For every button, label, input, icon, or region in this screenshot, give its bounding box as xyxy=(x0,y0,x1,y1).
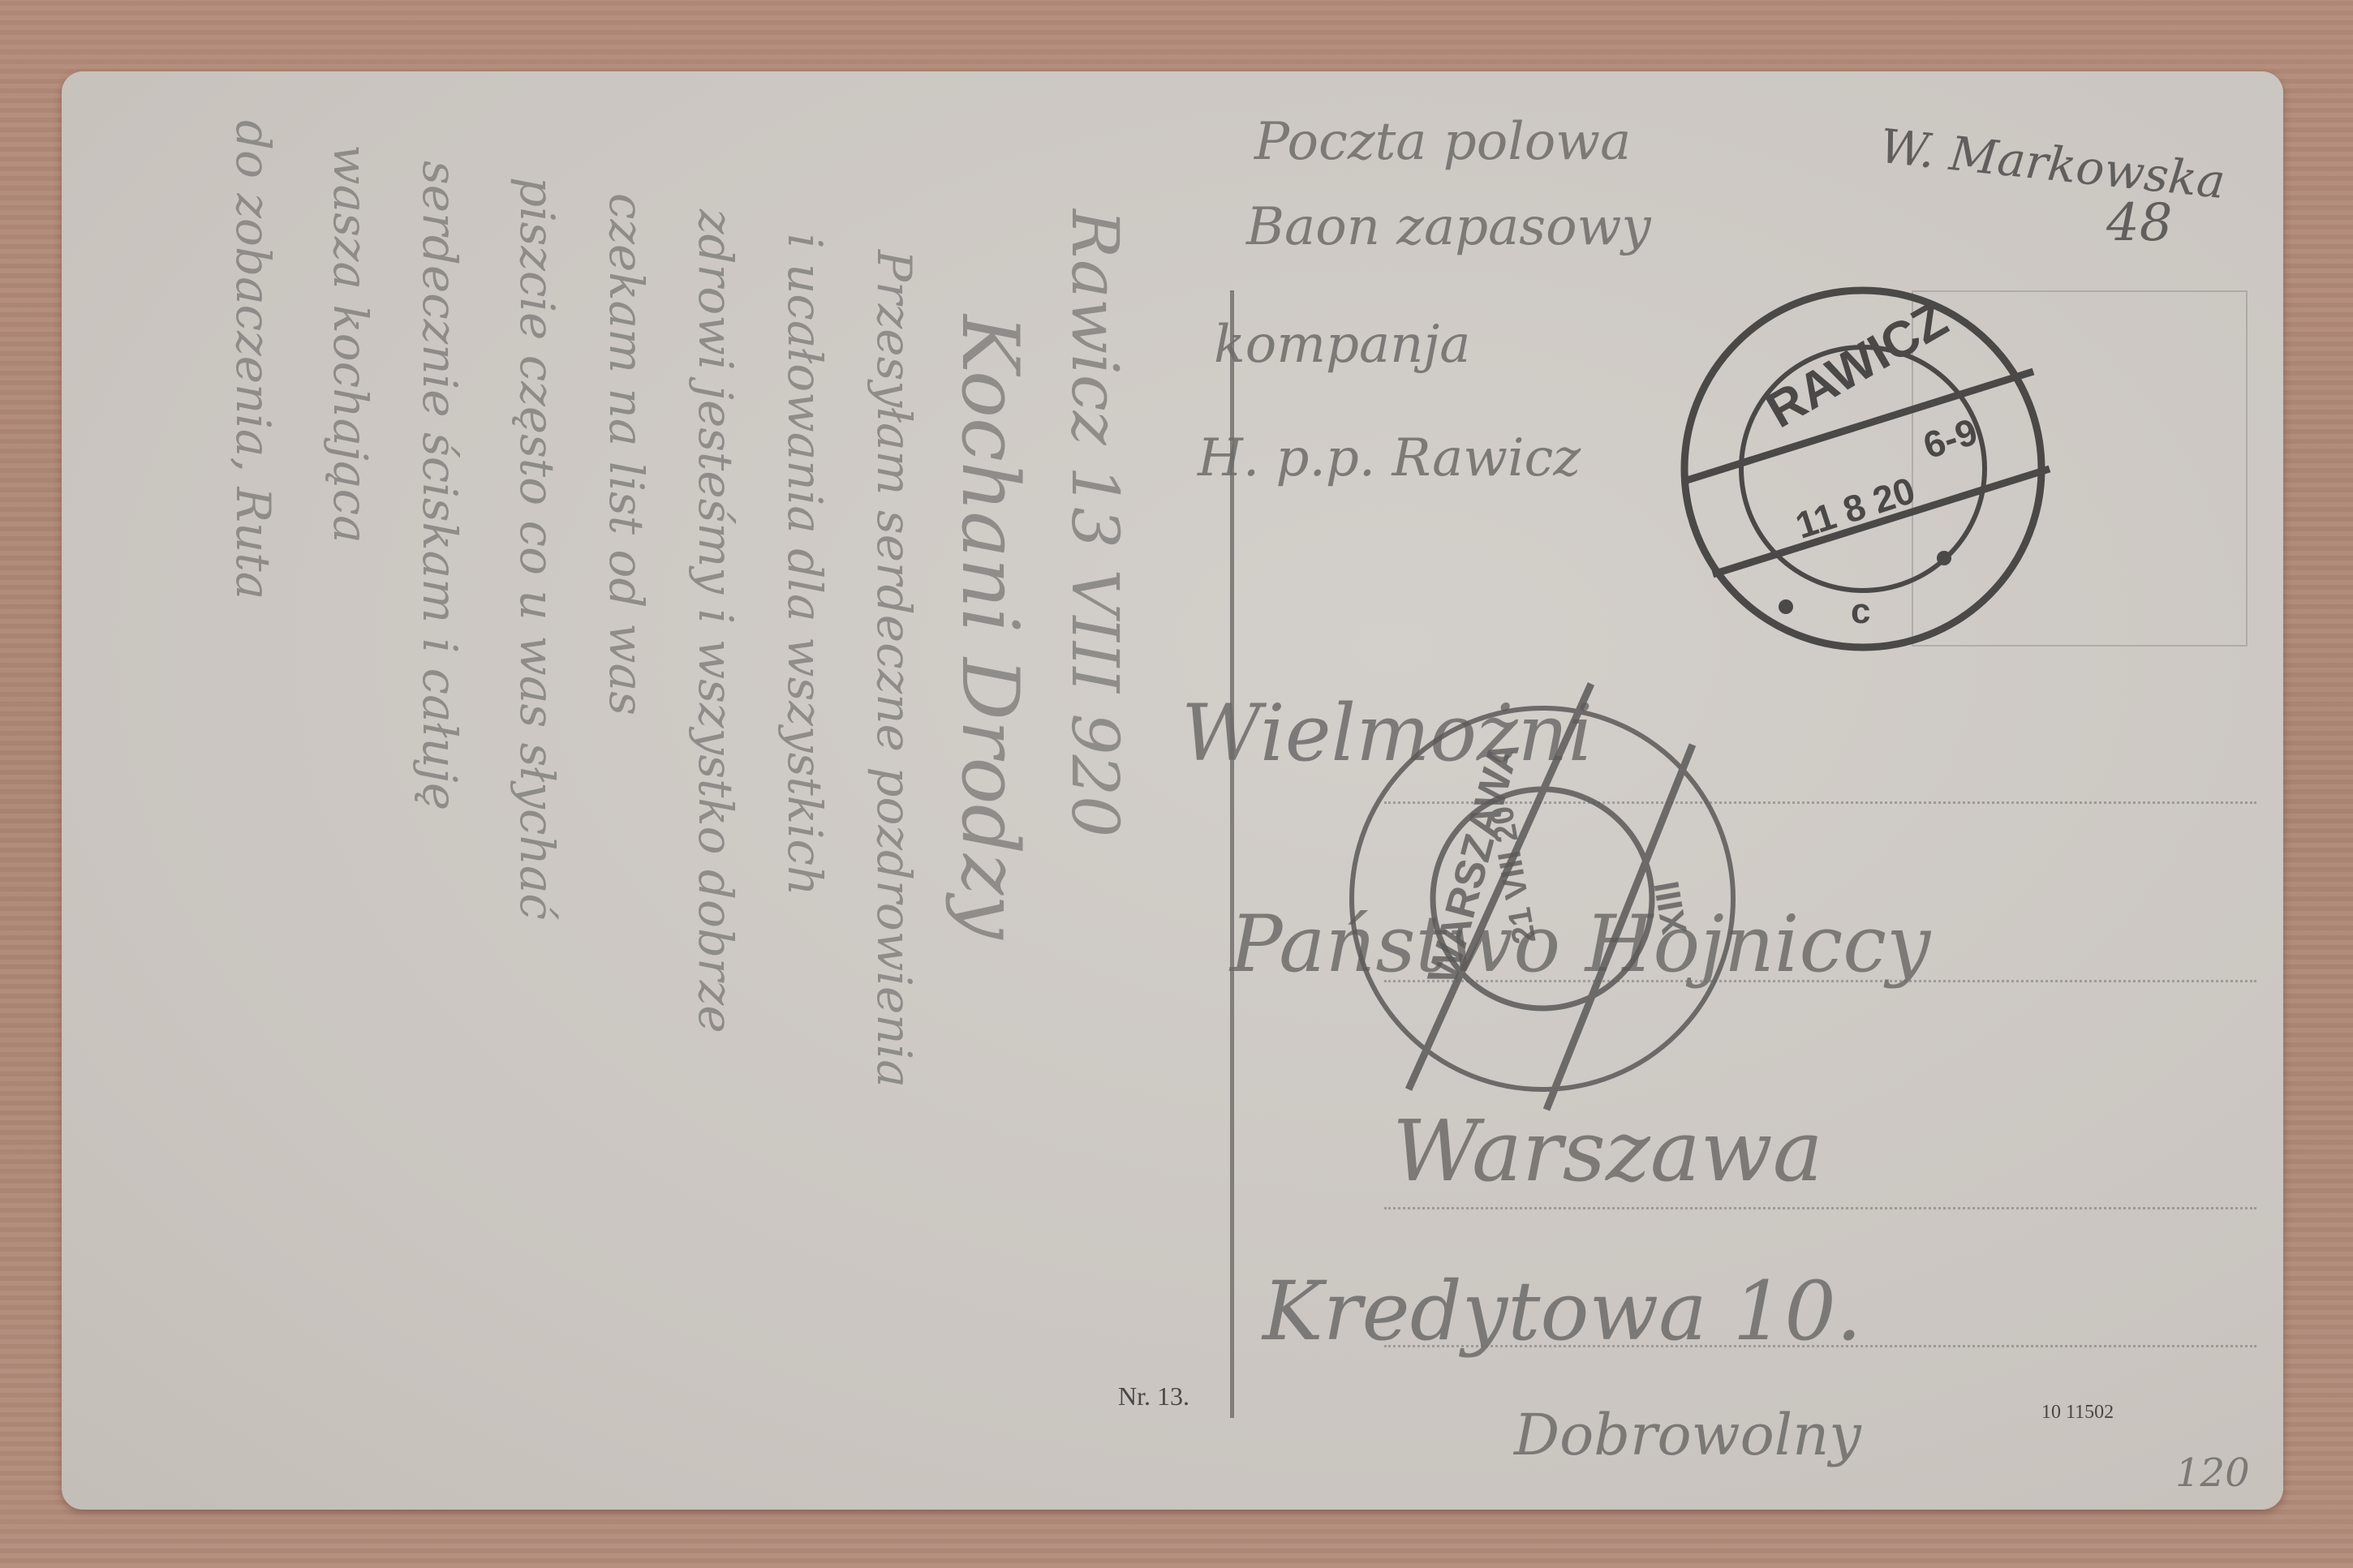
return-address-line-4: H. p.p. Rawicz xyxy=(1198,428,1581,488)
return-address-line-3: kompanja xyxy=(1214,315,1470,375)
postmark-code: c xyxy=(1851,591,1870,631)
message-line-8: wasza kochająca xyxy=(323,144,378,543)
postmark-date: 11 8 20 xyxy=(1791,469,1921,547)
return-address-line-1: Poczta polowa xyxy=(1254,112,1631,172)
rawicz-postmark: RAWICZ 11 8 20 6-9 c xyxy=(1668,274,2058,664)
message-line-9: do zobaczenia, Ruta xyxy=(226,120,281,599)
message-line-3: i ucałowania dla wszystkich xyxy=(777,234,832,896)
sender-number: 48 xyxy=(2106,193,2172,253)
warszawa-postmark: WARSZAWA 21 VIII 20 XIII xyxy=(1311,668,1766,1122)
message-line-6: piszcie często co u was słychać xyxy=(510,177,565,920)
recipient-line-4: Kredytowa 10. xyxy=(1263,1264,1862,1359)
printed-card-number: Nr. 13. xyxy=(1118,1381,1189,1411)
pencil-price-note: 120 xyxy=(2175,1450,2250,1496)
message-line-4: zdrowi jesteśmy i wszystko dobrze xyxy=(688,209,743,1033)
sender-name: W. Markowska xyxy=(1878,118,2228,209)
message-date: Rawicz 13 VIII 920 xyxy=(1057,209,1133,837)
message-line-5: czekam na list od was xyxy=(599,193,654,715)
message-line-7: serdecznie ściskam i całuję xyxy=(412,161,467,810)
message-line-1: Kochani Drodzy xyxy=(944,315,1035,939)
return-address-line-2: Baon zapasowy xyxy=(1246,197,1651,257)
postcard-back: Poczta polowa W. Markowska 48 Baon zapas… xyxy=(62,71,2283,1510)
address-line-3 xyxy=(1384,1207,2256,1209)
postmark-code: XIII xyxy=(1646,878,1695,938)
recipient-line-5: Dobrowolny xyxy=(1514,1402,1861,1468)
publisher-code: 10 11502 xyxy=(2041,1402,2114,1424)
message-line-2: Przesyłam serdeczne pozdrowienia xyxy=(867,250,922,1088)
